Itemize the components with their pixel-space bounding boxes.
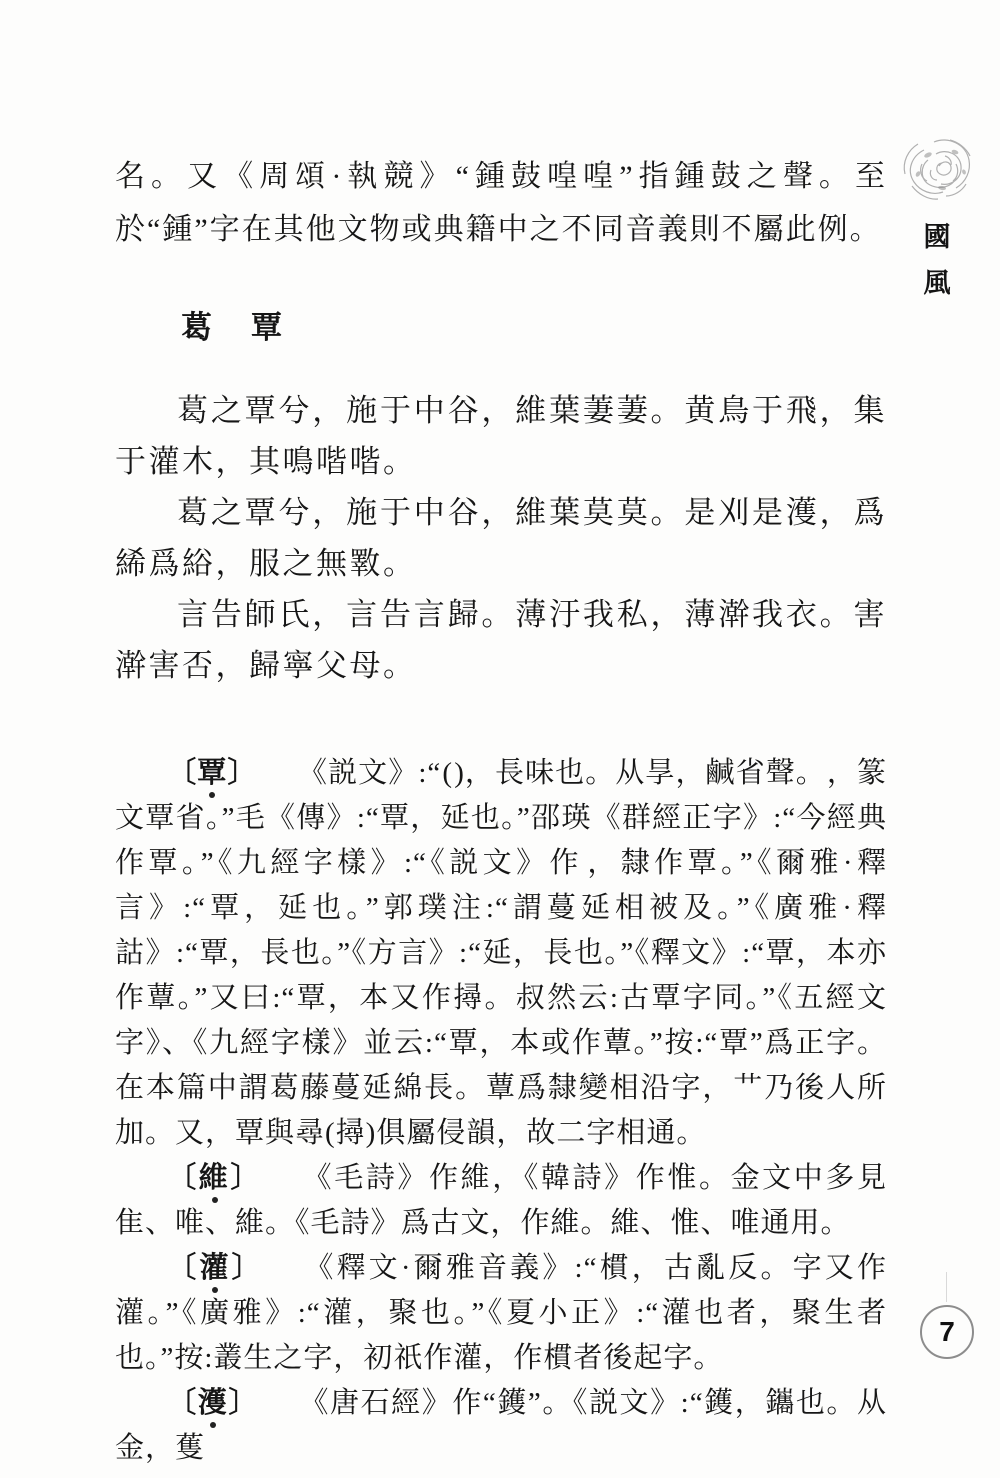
annotations-section: 〔覃〕《説文》:“𪉷(𪉷)，長味也。从㫗，鹹省聲。𪉷，篆文覃省。”毛《傳》:“覃… bbox=[115, 751, 887, 1471]
margin-char-feng: 風 bbox=[920, 268, 954, 298]
rose-sketch-image bbox=[898, 130, 980, 208]
poem-stanza-2: 葛之覃兮，施于中谷，維葉莫莫。是刈是濩，爲絺爲綌，服之無斁。 bbox=[115, 487, 887, 589]
margin-section-label: 國 風 bbox=[920, 222, 954, 298]
text-column: 名。又《周頌·執競》“鍾鼓喤喤”指鍾鼓之聲。至於“鍾”字在其他文物或典籍中之不同… bbox=[115, 150, 887, 1471]
annotation-entry-tan: 〔覃〕《説文》:“𪉷(𪉷)，長味也。从㫗，鹹省聲。𪉷，篆文覃省。”毛《傳》:“覃… bbox=[115, 751, 887, 1156]
poem-title: 葛 覃 bbox=[181, 302, 887, 347]
poem-body: 葛之覃兮，施于中谷，維葉萋萋。黄鳥于飛，集于灌木，其鳴喈喈。 葛之覃兮，施于中谷… bbox=[115, 385, 887, 691]
annotation-entry-huo: 〔濩〕《唐石經》作“鑊”。《説文》:“鑊，鑴也。从金，蒦 bbox=[115, 1381, 887, 1471]
page-number-badge: 7 bbox=[920, 1305, 974, 1359]
poem-stanza-1: 葛之覃兮，施于中谷，維葉萋萋。黄鳥于飛，集于灌木，其鳴喈喈。 bbox=[115, 385, 887, 487]
annotation-headword-tan: 〔覃〕 bbox=[167, 757, 257, 789]
intro-paragraph: 名。又《周頌·執競》“鍾鼓喤喤”指鍾鼓之聲。至於“鍾”字在其他文物或典籍中之不同… bbox=[115, 150, 887, 256]
poem-stanza-3: 言告師氏，言告言歸。薄汙我私，薄澣我衣。害澣害否，歸寧父母。 bbox=[115, 589, 887, 691]
annotation-headword-wei: 〔維〕 bbox=[167, 1162, 262, 1194]
book-page: 國 風 名。又《周頌·執競》“鍾鼓喤喤”指鍾鼓之聲。至於“鍾”字在其他文物或典籍… bbox=[0, 0, 1000, 1478]
annotation-entry-guan: 〔灌〕《釋文·爾雅音義》:“樌，古亂反。字又作灌。”《廣雅》:“灌，聚也。”《夏… bbox=[115, 1246, 887, 1381]
annotation-text-tan: 《説文》:“𪉷(𪉷)，長味也。从㫗，鹹省聲。𪉷，篆文覃省。”毛《傳》:“覃，延也… bbox=[115, 757, 887, 1149]
annotation-entry-wei: 〔維〕《毛詩》作維，《韓詩》作惟。金文中多見隹、唯、維。《毛詩》爲古文，作維。維… bbox=[115, 1156, 887, 1246]
annotation-headword-huo: 〔濩〕 bbox=[167, 1387, 259, 1419]
margin-char-guo: 國 bbox=[920, 222, 954, 252]
annotation-headword-guan: 〔灌〕 bbox=[167, 1252, 264, 1284]
scan-artifact-line bbox=[946, 1272, 947, 1302]
